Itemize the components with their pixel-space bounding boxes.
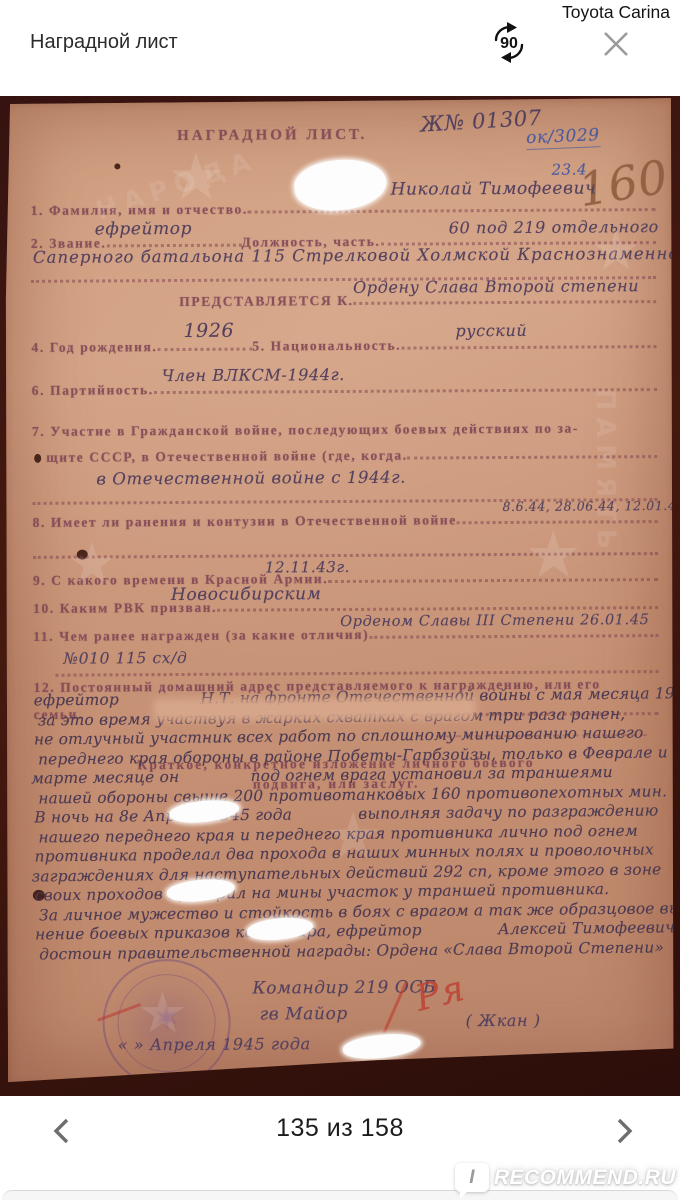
field-value-nationality: русский (455, 321, 527, 340)
document-photo[interactable]: ★ ★ ★ ★ ★ ★ ПАМЯТЬ НАРОДА Ж№ 01307 НАГРА… (0, 96, 680, 1096)
star-watermark-icon: ★ (137, 981, 188, 1046)
signature-name: ( Жкан ) (466, 1011, 541, 1030)
star-watermark-icon: ★ (324, 800, 382, 874)
rotate-90-icon: 90 (487, 20, 531, 64)
next-page-button[interactable] (608, 1116, 638, 1146)
viewer-topbar: Toyota Carina Наградной лист 90 (0, 0, 680, 96)
document-paper: ★ ★ ★ ★ ★ ★ ПАМЯТЬ НАРОДА Ж№ 01307 НАГРА… (2, 98, 679, 1086)
field-value-party: Член ВЛКСМ-1944г. (162, 365, 345, 385)
chevron-right-icon (608, 1116, 638, 1146)
photo-viewer: Toyota Carina Наградной лист 90 ★ ★ ★ ★ (0, 0, 680, 1200)
star-watermark-icon: ★ (67, 531, 118, 596)
field-value-birthyear: 1926 (183, 320, 234, 342)
svg-text:90: 90 (500, 35, 518, 52)
dotted-leader (55, 660, 658, 677)
field-label: 11. Чем ранее награжден (за какие отличи… (33, 627, 369, 645)
dotted-leader (328, 568, 658, 583)
registry-number: ок/3029 (526, 125, 600, 150)
red-pencil-signature: Ря (411, 968, 469, 1020)
viewer-title: Наградной лист (30, 31, 178, 54)
close-button[interactable] (598, 26, 634, 62)
field-row-7b: щите СССР, в Отечественной войне (где, к… (32, 445, 657, 466)
field-row-4-5: 4. Год рождения.5. Национальность. (31, 335, 656, 356)
field-value-war: в Отечественной войне с 1944г. (96, 468, 406, 489)
signature-rank: гв Майор (260, 1004, 348, 1025)
field-label: щите СССР, в Отечественной войне (где, к… (46, 448, 408, 466)
page-counter: 135 из 158 (0, 1114, 680, 1143)
handwritten-doc-number: Ж№ 01307 (420, 106, 543, 137)
speech-bubble-icon: I (455, 1163, 489, 1192)
field-value-service-date: 12.11.43г. (265, 558, 350, 577)
site-watermark: I RECOMMEND.RU (455, 1163, 676, 1192)
signature-unit: Командир 219 ОСБ (252, 977, 436, 998)
field-label: 7. Участие в Гражданской войне, последую… (32, 421, 579, 440)
archive-watermark-text: ПАМЯТЬ (590, 388, 621, 556)
field-label: 6. Партийность. (32, 382, 154, 399)
site-watermark-text: RECOMMEND.RU (494, 1166, 676, 1190)
paper-speck (114, 163, 120, 169)
field-value-prev-award: Орденом Славы III Степени 26.01.45 (340, 612, 649, 630)
field-value-draft-office: Новосибирским (171, 584, 322, 605)
background-page-title: Toyota Carina (562, 2, 670, 23)
dotted-leader (401, 335, 656, 350)
close-icon (598, 26, 634, 62)
redaction-blob (342, 1031, 422, 1062)
star-watermark-icon: ★ (591, 218, 642, 283)
field-label: 5. Национальность. (252, 338, 401, 355)
rotate-90-button[interactable]: 90 (487, 20, 531, 64)
field-value-name: Николай Тимофеевич (390, 178, 596, 199)
star-watermark-icon: ★ (525, 519, 583, 593)
field-label: 8. Имеет ли ранения и контузии в Отечест… (33, 512, 457, 531)
field-value-unit-2: Саперного батальона 115 Стрелковой Холмс… (33, 243, 680, 267)
redaction-blur (154, 697, 476, 721)
field-label: 4. Год рождения. (31, 339, 157, 356)
field-label: ПРЕДСТАВЛЯЕТСЯ К. (179, 293, 354, 310)
